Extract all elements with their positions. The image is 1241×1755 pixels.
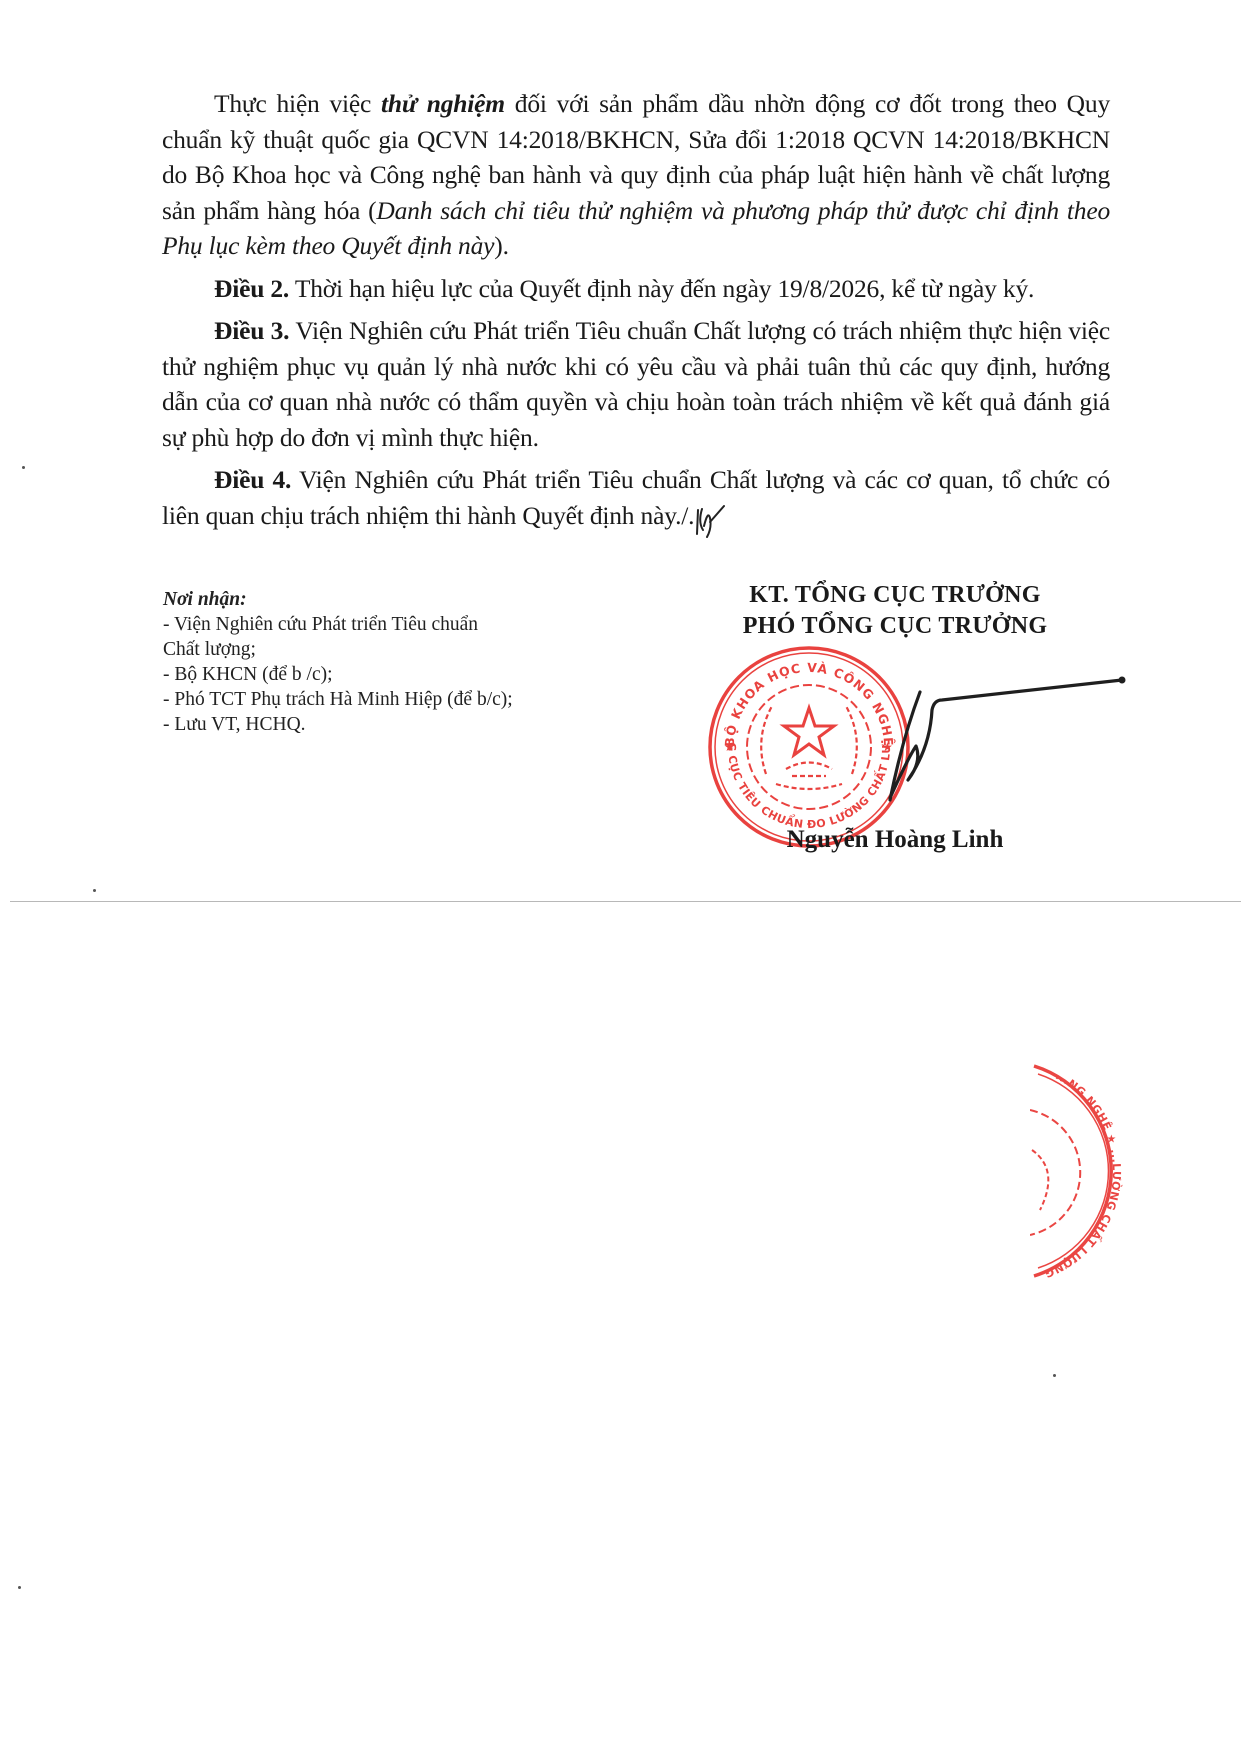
- document-body: Thực hiện việc thử nghiệm đối với sản ph…: [162, 86, 1110, 538]
- paragraph-article-4: Điều 4. Viện Nghiên cứu Phát triển Tiêu …: [162, 462, 1110, 538]
- signature-title-line1: KT. TỔNG CỤC TRƯỞNG: [690, 580, 1100, 611]
- recipient-item: - Lưu VT, HCHQ.: [163, 712, 583, 737]
- paragraph-article-2: Điều 2. Thời hạn hiệu lực của Quyết định…: [162, 271, 1110, 307]
- article-2-heading: Điều 2.: [214, 274, 289, 303]
- partial-seal-icon: ...NG NGHỆ ★ ...LƯỜNG CHẤT LƯỢNG: [1030, 1060, 1150, 1280]
- scan-speck: [1053, 1374, 1056, 1377]
- signature-title: KT. TỔNG CỤC TRƯỞNG PHÓ TỔNG CỤC TRƯỞNG: [690, 580, 1100, 642]
- page-separator: [10, 901, 1241, 902]
- recipient-item: - Phó TCT Phụ trách Hà Minh Hiệp (để b/c…: [163, 687, 583, 712]
- signer-name: Nguyễn Hoàng Linh: [690, 826, 1100, 854]
- handwritten-signature-icon: [860, 670, 1130, 810]
- signature-title-line2: PHÓ TỔNG CỤC TRƯỞNG: [690, 611, 1100, 642]
- scan-speck: [22, 466, 25, 469]
- text-segment: Thực hiện việc: [214, 89, 381, 118]
- emphasis-test-term: thử nghiệm: [381, 89, 505, 118]
- paragraph-article-3: Điều 3. Viện Nghiên cứu Phát triển Tiêu …: [162, 313, 1110, 455]
- recipient-item: - Viện Nghiên cứu Phát triển Tiêu chuẩn: [163, 612, 583, 637]
- article-3-text: Viện Nghiên cứu Phát triển Tiêu chuẩn Ch…: [162, 316, 1110, 452]
- document-page: Thực hiện việc thử nghiệm đối với sản ph…: [0, 0, 1241, 1755]
- paragraph-scope: Thực hiện việc thử nghiệm đối với sản ph…: [162, 86, 1110, 264]
- article-3-heading: Điều 3.: [214, 316, 289, 345]
- article-4-text: Viện Nghiên cứu Phát triển Tiêu chuẩn Ch…: [162, 465, 1110, 530]
- article-4-heading: Điều 4.: [214, 465, 291, 494]
- recipient-item: - Bộ KHCN (để b /c);: [163, 662, 583, 687]
- svg-text:...NG NGHỆ ★ ...LƯỜNG CHẤT LƯỢ: ...NG NGHỆ ★ ...LƯỜNG CHẤT LƯỢNG: [1042, 1069, 1123, 1280]
- recipients-block: Nơi nhận: - Viện Nghiên cứu Phát triển T…: [163, 587, 583, 737]
- scan-speck: [18, 1586, 21, 1589]
- text-segment: ).: [494, 231, 508, 260]
- recipient-item: Chất lượng;: [163, 637, 583, 662]
- article-2-text: Thời hạn hiệu lực của Quyết định này đến…: [289, 274, 1034, 303]
- svg-text:★: ★: [724, 740, 735, 754]
- scan-speck: [93, 889, 96, 892]
- initials-mark-icon: [694, 504, 728, 538]
- recipients-title: Nơi nhận:: [163, 587, 583, 612]
